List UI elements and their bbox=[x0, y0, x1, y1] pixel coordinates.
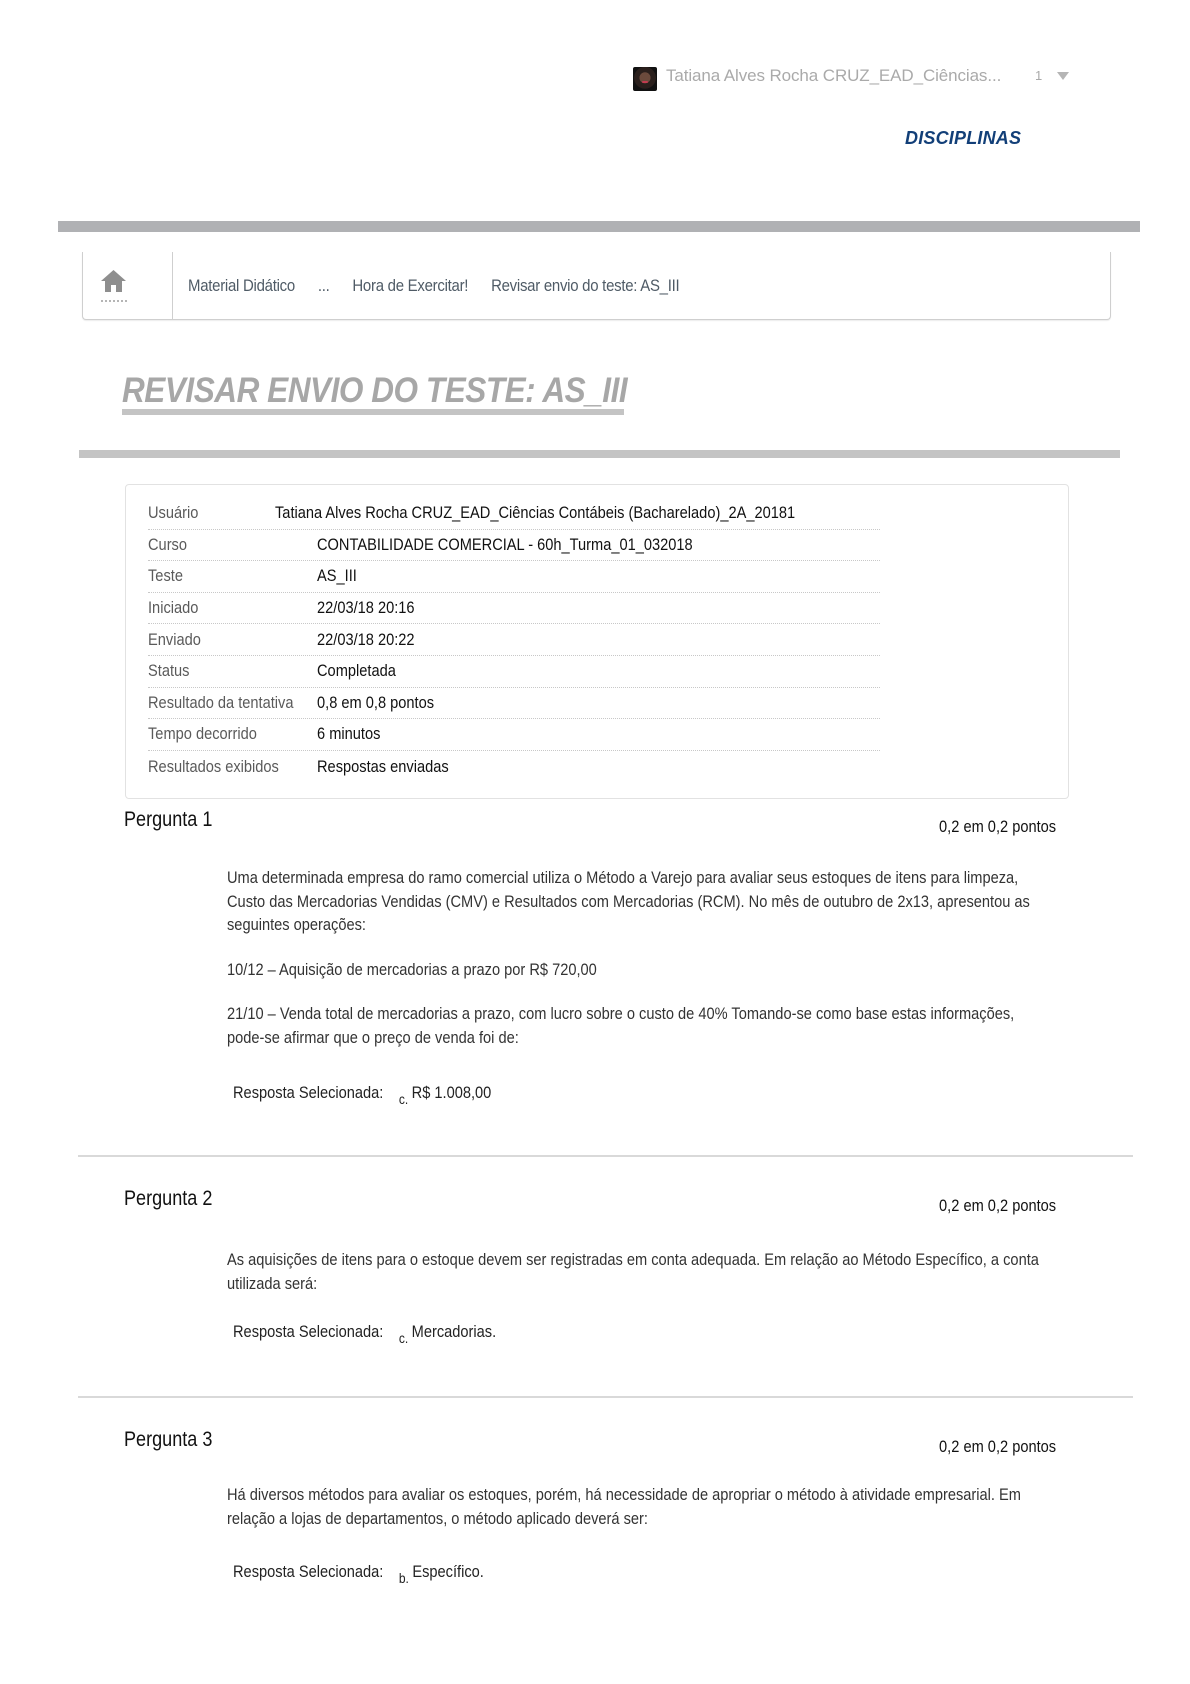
answer-letter: b. bbox=[399, 1570, 409, 1586]
summary-value: CONTABILIDADE COMERCIAL - 60h_Turma_01_0… bbox=[317, 535, 693, 555]
page-title: REVISAR ENVIO DO TESTE: AS_III bbox=[122, 371, 627, 411]
answer-letter: c. bbox=[399, 1330, 408, 1346]
breadcrumb-separator bbox=[172, 252, 173, 319]
summary-value: 22/03/18 20:16 bbox=[317, 598, 415, 618]
answer-label: Resposta Selecionada: bbox=[233, 1322, 383, 1341]
header-divider-bar bbox=[58, 221, 1140, 232]
question-3-title: Pergunta 3 bbox=[124, 1428, 212, 1452]
question-1-title: Pergunta 1 bbox=[124, 808, 212, 832]
summary-row-status: StatusCompletada bbox=[148, 656, 880, 688]
question-1-points: 0,2 em 0,2 pontos bbox=[939, 817, 1056, 837]
breadcrumb-item-material-didatico[interactable]: Material Didático bbox=[188, 276, 295, 296]
user-avatar[interactable] bbox=[633, 67, 657, 91]
notification-count[interactable]: 1 bbox=[1035, 68, 1042, 83]
chevron-down-icon[interactable] bbox=[1057, 72, 1069, 80]
question-2-points: 0,2 em 0,2 pontos bbox=[939, 1196, 1056, 1216]
question-3-text: Há diversos métodos para avaliar os esto… bbox=[227, 1483, 1044, 1551]
question-paragraph: 21/10 – Venda total de mercadorias a pra… bbox=[227, 1002, 1044, 1049]
question-1-text: Uma determinada empresa do ramo comercia… bbox=[227, 866, 1044, 1070]
attempt-summary-table: UsuárioTatiana Alves Rocha CRUZ_EAD_Ciên… bbox=[148, 498, 880, 782]
question-1-answer: Resposta Selecionada:c.R$ 1.008,00 bbox=[233, 1083, 491, 1103]
question-2-answer: Resposta Selecionada:c.Mercadorias. bbox=[233, 1322, 496, 1342]
nav-disciplinas-link[interactable]: DISCIPLINAS bbox=[905, 128, 1021, 149]
summary-row-resultado: Resultado da tentativa0,8 em 0,8 pontos bbox=[148, 688, 880, 720]
question-2-text: As aquisições de itens para o estoque de… bbox=[227, 1248, 1044, 1316]
summary-row-usuario: UsuárioTatiana Alves Rocha CRUZ_EAD_Ciên… bbox=[148, 498, 880, 530]
question-divider bbox=[78, 1155, 1133, 1157]
answer-label: Resposta Selecionada: bbox=[233, 1562, 383, 1581]
summary-value: AS_III bbox=[317, 566, 357, 586]
breadcrumb-item-current: Revisar envio do teste: AS_III bbox=[491, 276, 679, 296]
summary-value: 22/03/18 20:22 bbox=[317, 630, 415, 650]
summary-row-iniciado: Iniciado22/03/18 20:16 bbox=[148, 593, 880, 625]
answer-letter: c. bbox=[399, 1091, 408, 1107]
question-2-title: Pergunta 2 bbox=[124, 1187, 212, 1211]
summary-label: Usuário bbox=[148, 503, 257, 523]
breadcrumb-item-hora-de-exercitar[interactable]: Hora de Exercitar! bbox=[352, 276, 468, 296]
summary-value: Respostas enviadas bbox=[317, 757, 449, 777]
answer-value: R$ 1.008,00 bbox=[412, 1083, 492, 1102]
user-menu-name[interactable]: Tatiana Alves Rocha CRUZ_EAD_Ciências... bbox=[666, 66, 1001, 86]
summary-label: Enviado bbox=[148, 630, 293, 650]
question-3-points: 0,2 em 0,2 pontos bbox=[939, 1437, 1056, 1457]
summary-value: Completada bbox=[317, 661, 396, 681]
summary-label: Iniciado bbox=[148, 598, 293, 618]
question-paragraph: 10/12 – Aquisição de mercadorias a prazo… bbox=[227, 958, 1044, 982]
summary-label: Resultados exibidos bbox=[148, 757, 293, 777]
breadcrumb-item-ellipsis[interactable]: ... bbox=[318, 276, 330, 296]
summary-label: Resultado da tentativa bbox=[148, 693, 293, 713]
summary-label: Tempo decorrido bbox=[148, 724, 293, 744]
summary-row-enviado: Enviado22/03/18 20:22 bbox=[148, 624, 880, 656]
summary-row-tempo: Tempo decorrido6 minutos bbox=[148, 719, 880, 751]
question-3-answer: Resposta Selecionada:b.Específico. bbox=[233, 1562, 484, 1582]
question-divider bbox=[78, 1396, 1133, 1398]
home-label-clipped bbox=[101, 300, 127, 305]
summary-value: Tatiana Alves Rocha CRUZ_EAD_Ciências Co… bbox=[275, 503, 795, 523]
summary-row-teste: TesteAS_III bbox=[148, 561, 880, 593]
question-paragraph: As aquisições de itens para o estoque de… bbox=[227, 1248, 1044, 1295]
summary-label: Teste bbox=[148, 566, 293, 586]
answer-value: Específico. bbox=[412, 1562, 484, 1581]
summary-row-resultados-exibidos: Resultados exibidosRespostas enviadas bbox=[148, 751, 880, 783]
title-underline bbox=[122, 409, 624, 415]
answer-label: Resposta Selecionada: bbox=[233, 1083, 383, 1102]
title-divider-bar bbox=[79, 450, 1120, 458]
home-icon[interactable] bbox=[101, 270, 126, 292]
answer-value: Mercadorias. bbox=[412, 1322, 497, 1341]
question-paragraph: Uma determinada empresa do ramo comercia… bbox=[227, 866, 1044, 937]
question-paragraph: Há diversos métodos para avaliar os esto… bbox=[227, 1483, 1044, 1530]
summary-label: Curso bbox=[148, 535, 293, 555]
summary-row-curso: CursoCONTABILIDADE COMERCIAL - 60h_Turma… bbox=[148, 530, 880, 562]
summary-value: 0,8 em 0,8 pontos bbox=[317, 693, 434, 713]
breadcrumb-trail: Material Didático ... Hora de Exercitar!… bbox=[188, 276, 702, 296]
summary-value: 6 minutos bbox=[317, 724, 380, 744]
summary-label: Status bbox=[148, 661, 293, 681]
